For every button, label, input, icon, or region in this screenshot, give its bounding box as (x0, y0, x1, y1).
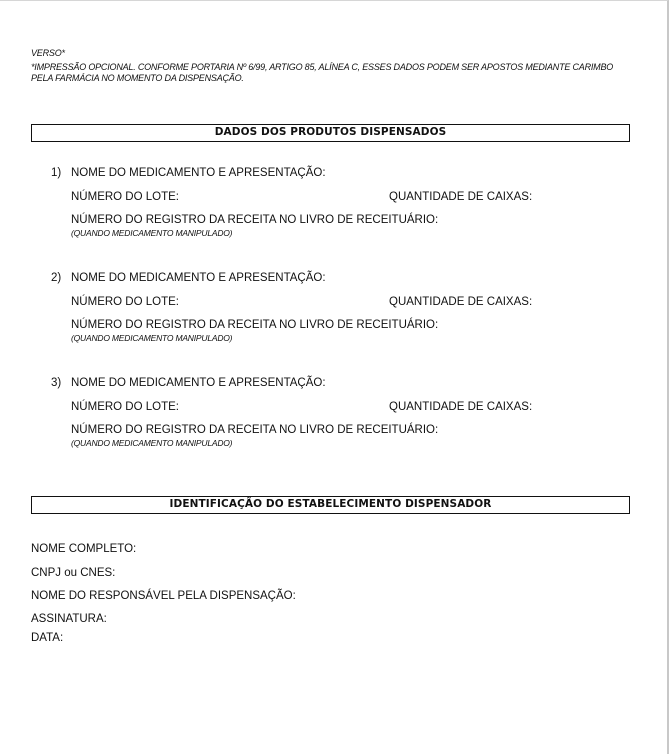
document-page: VERSO* *IMPRESSÃO OPCIONAL. CONFORME POR… (0, 0, 669, 754)
registry-note: (QUANDO MEDICAMENTO MANIPULADO) (71, 333, 232, 343)
verso-label: VERSO* (31, 48, 65, 59)
medication-name-field[interactable]: NOME DO MEDICAMENTO E APRESENTAÇÃO: (71, 271, 326, 285)
print-note-line-2: PELA FARMÁCIA NO MOMENTO DA DISPENSAÇÃO. (31, 73, 244, 84)
establishment-section-header: IDENTIFICAÇÃO DO ESTABELECIMENTO DISPENS… (31, 496, 630, 514)
medication-name-field[interactable]: NOME DO MEDICAMENTO E APRESENTAÇÃO: (71, 166, 326, 180)
registry-note: (QUANDO MEDICAMENTO MANIPULADO) (71, 228, 232, 238)
box-quantity-field[interactable]: QUANTIDADE DE CAIXAS: (389, 190, 532, 204)
registry-note: (QUANDO MEDICAMENTO MANIPULADO) (71, 438, 232, 448)
item-number: 2) (51, 271, 61, 285)
item-number: 3) (51, 376, 61, 390)
signature-field[interactable]: ASSINATURA: (31, 612, 107, 626)
cnpj-cnes-field[interactable]: CNPJ ou CNES: (31, 566, 115, 580)
registry-number-field[interactable]: NÚMERO DO REGISTRO DA RECEITA NO LIVRO D… (71, 213, 438, 227)
date-field[interactable]: DATA: (31, 631, 63, 645)
lot-number-field[interactable]: NÚMERO DO LOTE: (71, 190, 179, 204)
establishment-section-title: IDENTIFICAÇÃO DO ESTABELECIMENTO DISPENS… (170, 498, 492, 510)
lot-number-field[interactable]: NÚMERO DO LOTE: (71, 295, 179, 309)
medication-name-field[interactable]: NOME DO MEDICAMENTO E APRESENTAÇÃO: (71, 376, 326, 390)
print-note-line-1: *IMPRESSÃO OPCIONAL. CONFORME PORTARIA N… (31, 62, 613, 73)
responsible-name-field[interactable]: NOME DO RESPONSÁVEL PELA DISPENSAÇÃO: (31, 589, 296, 603)
products-section-title: DADOS DOS PRODUTOS DISPENSADOS (215, 126, 447, 138)
box-quantity-field[interactable]: QUANTIDADE DE CAIXAS: (389, 295, 532, 309)
box-quantity-field[interactable]: QUANTIDADE DE CAIXAS: (389, 400, 532, 414)
registry-number-field[interactable]: NÚMERO DO REGISTRO DA RECEITA NO LIVRO D… (71, 423, 438, 437)
registry-number-field[interactable]: NÚMERO DO REGISTRO DA RECEITA NO LIVRO D… (71, 318, 438, 332)
item-number: 1) (51, 166, 61, 180)
products-section-header: DADOS DOS PRODUTOS DISPENSADOS (31, 124, 630, 142)
lot-number-field[interactable]: NÚMERO DO LOTE: (71, 400, 179, 414)
full-name-field[interactable]: NOME COMPLETO: (31, 542, 136, 556)
